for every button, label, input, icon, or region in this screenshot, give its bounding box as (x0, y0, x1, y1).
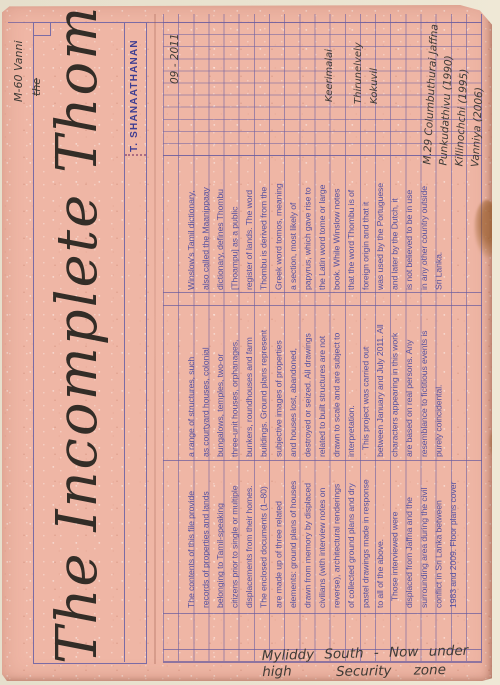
annotation-top-left-code: M-60 Vanni (10, 22, 29, 102)
annotation-place-thirunelvely: Thirunelvely Kokuvil (351, 26, 384, 104)
rule-band-a-bottom (163, 292, 482, 293)
annotation-date: 09 - 2011 (165, 34, 185, 84)
pink-paper-sheet: The Incomplete Thombu T. SHANAATHANAN Wi… (2, 5, 492, 681)
text-column-2: a range of structures, such as courtyard… (184, 306, 446, 457)
rule-band-c-top (163, 460, 482, 461)
annotation-place-keerimalai: Keerimalai (321, 40, 339, 102)
scanned-file-cover: The Incomplete Thombu T. SHANAATHANAN Wi… (0, 0, 500, 685)
text-column-3: Winslow's Tamil dictionary, also called … (184, 160, 446, 290)
text-column-1: The contents of this file provide record… (184, 462, 461, 608)
fold-crease (154, 14, 156, 664)
document-title: The Incomplete Thombu (36, 100, 120, 664)
rule-footer-1 (163, 613, 482, 614)
annotation-bottom-note-line2: Security zone (336, 662, 446, 680)
annotation-displacement-list: M.29 Columbuthurai Jaffna Punkudathivu (… (419, 0, 492, 168)
paper-stain-large (474, 200, 500, 258)
author-box-dotted-rule (125, 154, 146, 156)
paper-stain-small (488, 428, 500, 458)
author-name: T. SHANAATHANAN (123, 40, 146, 152)
annotation-top-left-struck: the (29, 64, 44, 96)
